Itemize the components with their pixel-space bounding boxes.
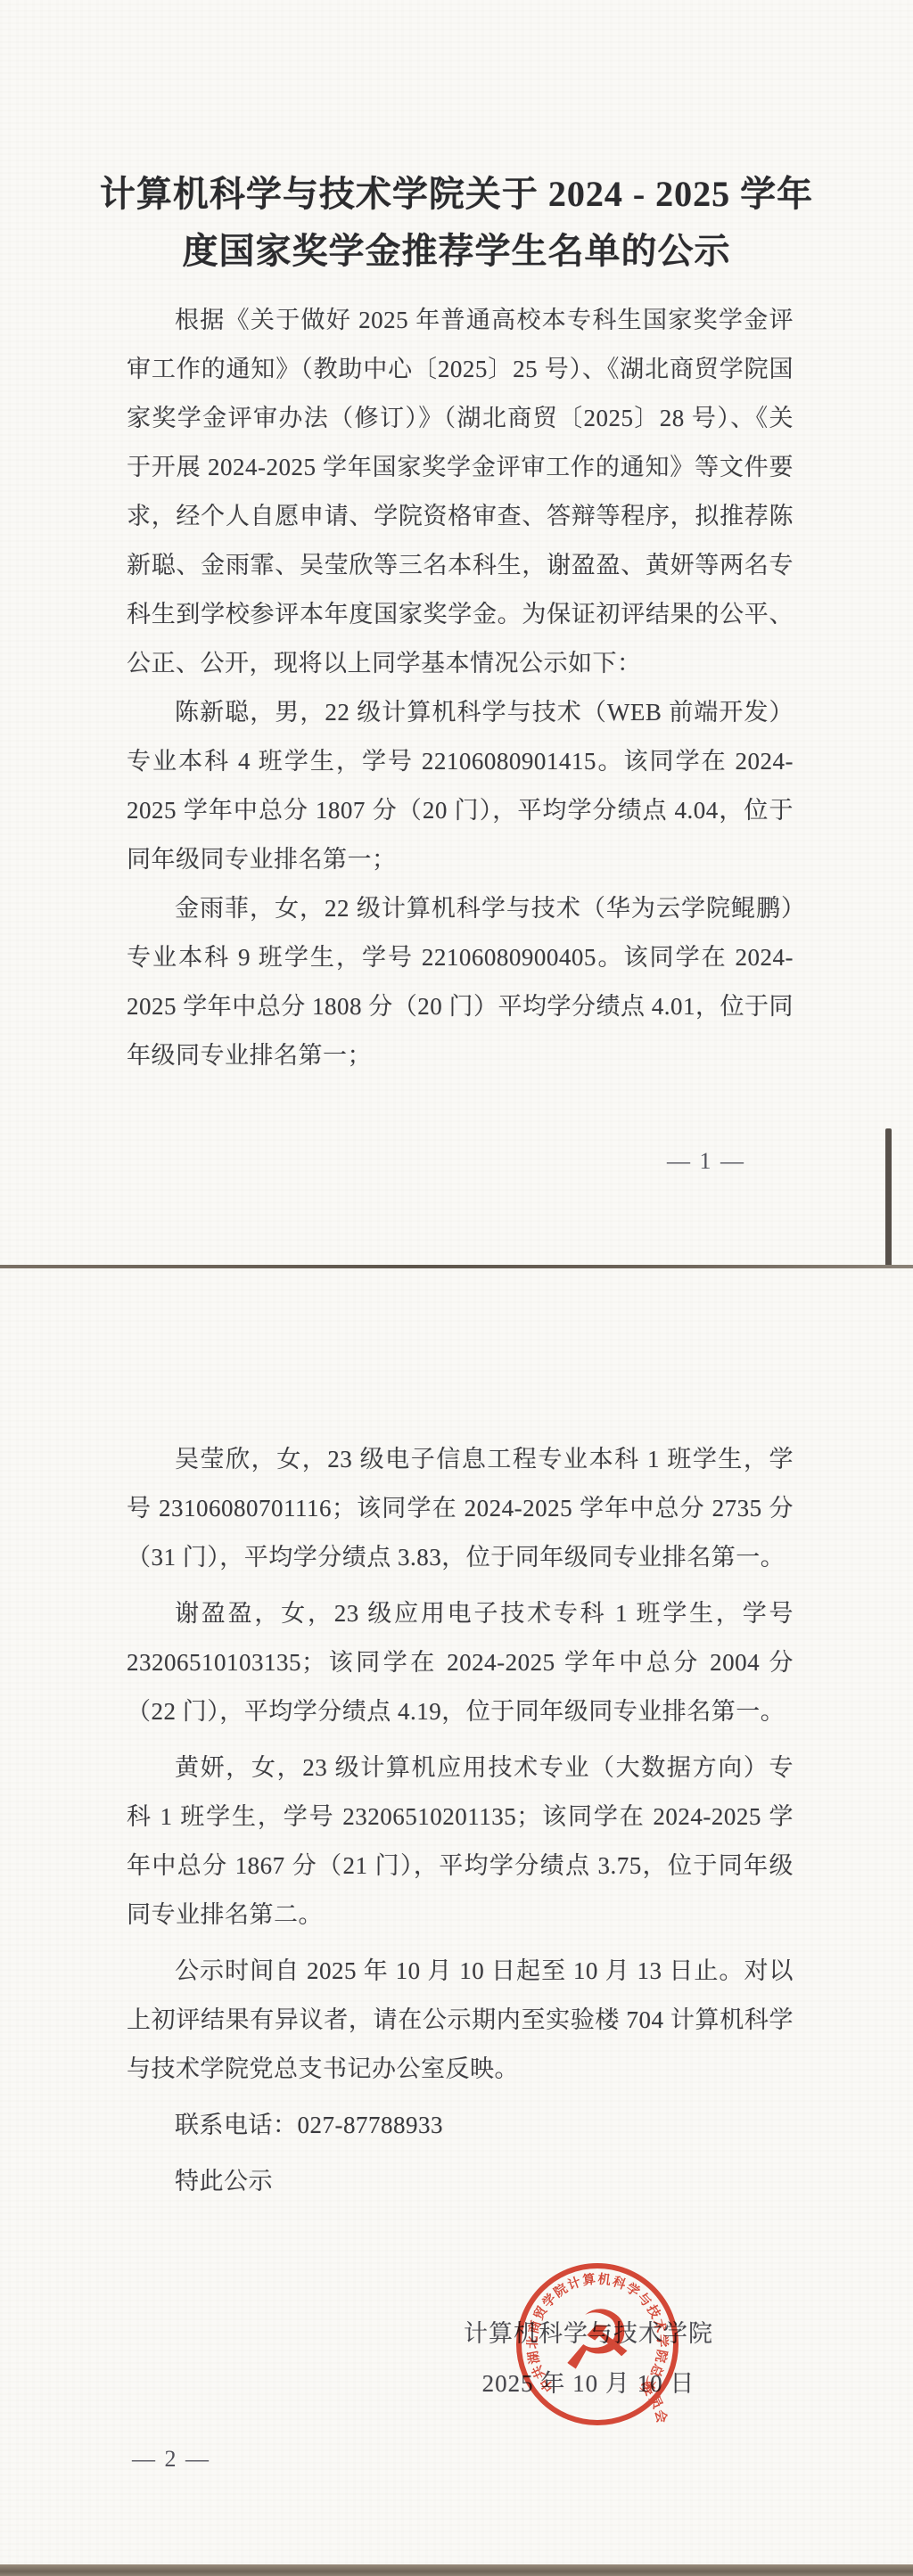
paragraph-student-jin-yufei: 金雨菲，女，22 级计算机科学与技术（华为云学院鲲鹏）专业本科 9 班学生，学号… [127,884,794,1080]
paragraph-student-huang-yan: 黄妍，女，23 级计算机应用技术专业（大数据方向）专科 1 班学生，学号 232… [127,1743,794,1940]
page-separator-line [0,1265,913,1268]
paragraph-student-xie-yingying: 谢盈盈，女，23 级应用电子技术专科 1 班学生，学号 232065101031… [127,1589,794,1736]
paragraph-publicity-period: 公示时间自 2025 年 10 月 10 日起至 10 月 13 日止。对以上初… [127,1947,794,2094]
scan-bottom-edge [0,2564,913,2576]
page2-body: 吴莹欣，女，23 级电子信息工程专业本科 1 班学生，学号 2310608070… [127,1435,794,2213]
document-title-line-2: 度国家奖学金推荐学生名单的公示 [55,223,858,280]
paragraph-student-wu-yingxin: 吴莹欣，女，23 级电子信息工程专业本科 1 班学生，学号 2310608070… [127,1435,794,1582]
official-seal: 中共湖北商贸学院计算机科学与技术学院总支委员会 ☭ [499,2246,695,2442]
scanned-document: 计算机科学与技术学院关于 2024 - 2025 学年 度国家奖学金推荐学生名单… [0,0,913,2576]
contact-phone-line: 联系电话：027-87788933 [127,2101,794,2150]
hammer-sickle-emblem: ☭ [561,2293,634,2389]
paragraph-basis: 根据《关于做好 2025 年普通高校本专科生国家奖学金评审工作的通知》（教助中心… [127,296,794,688]
closing-line: 特此公示 [127,2157,794,2206]
page-number-2: — 2 — [132,2446,210,2473]
page-number-1: — 1 — [667,1148,745,1175]
document-title-line-1: 计算机科学与技术学院关于 2024 - 2025 学年 [55,166,858,223]
document-title: 计算机科学与技术学院关于 2024 - 2025 学年 度国家奖学金推荐学生名单… [55,166,858,280]
page1-body: 根据《关于做好 2025 年普通高校本专科生国家奖学金评审工作的通知》（教助中心… [127,296,794,1080]
scan-artifact-line [885,1128,892,1268]
paragraph-student-chen-xincong: 陈新聪，男，22 级计算机科学与技术（WEB 前端开发）专业本科 4 班学生，学… [127,688,794,884]
